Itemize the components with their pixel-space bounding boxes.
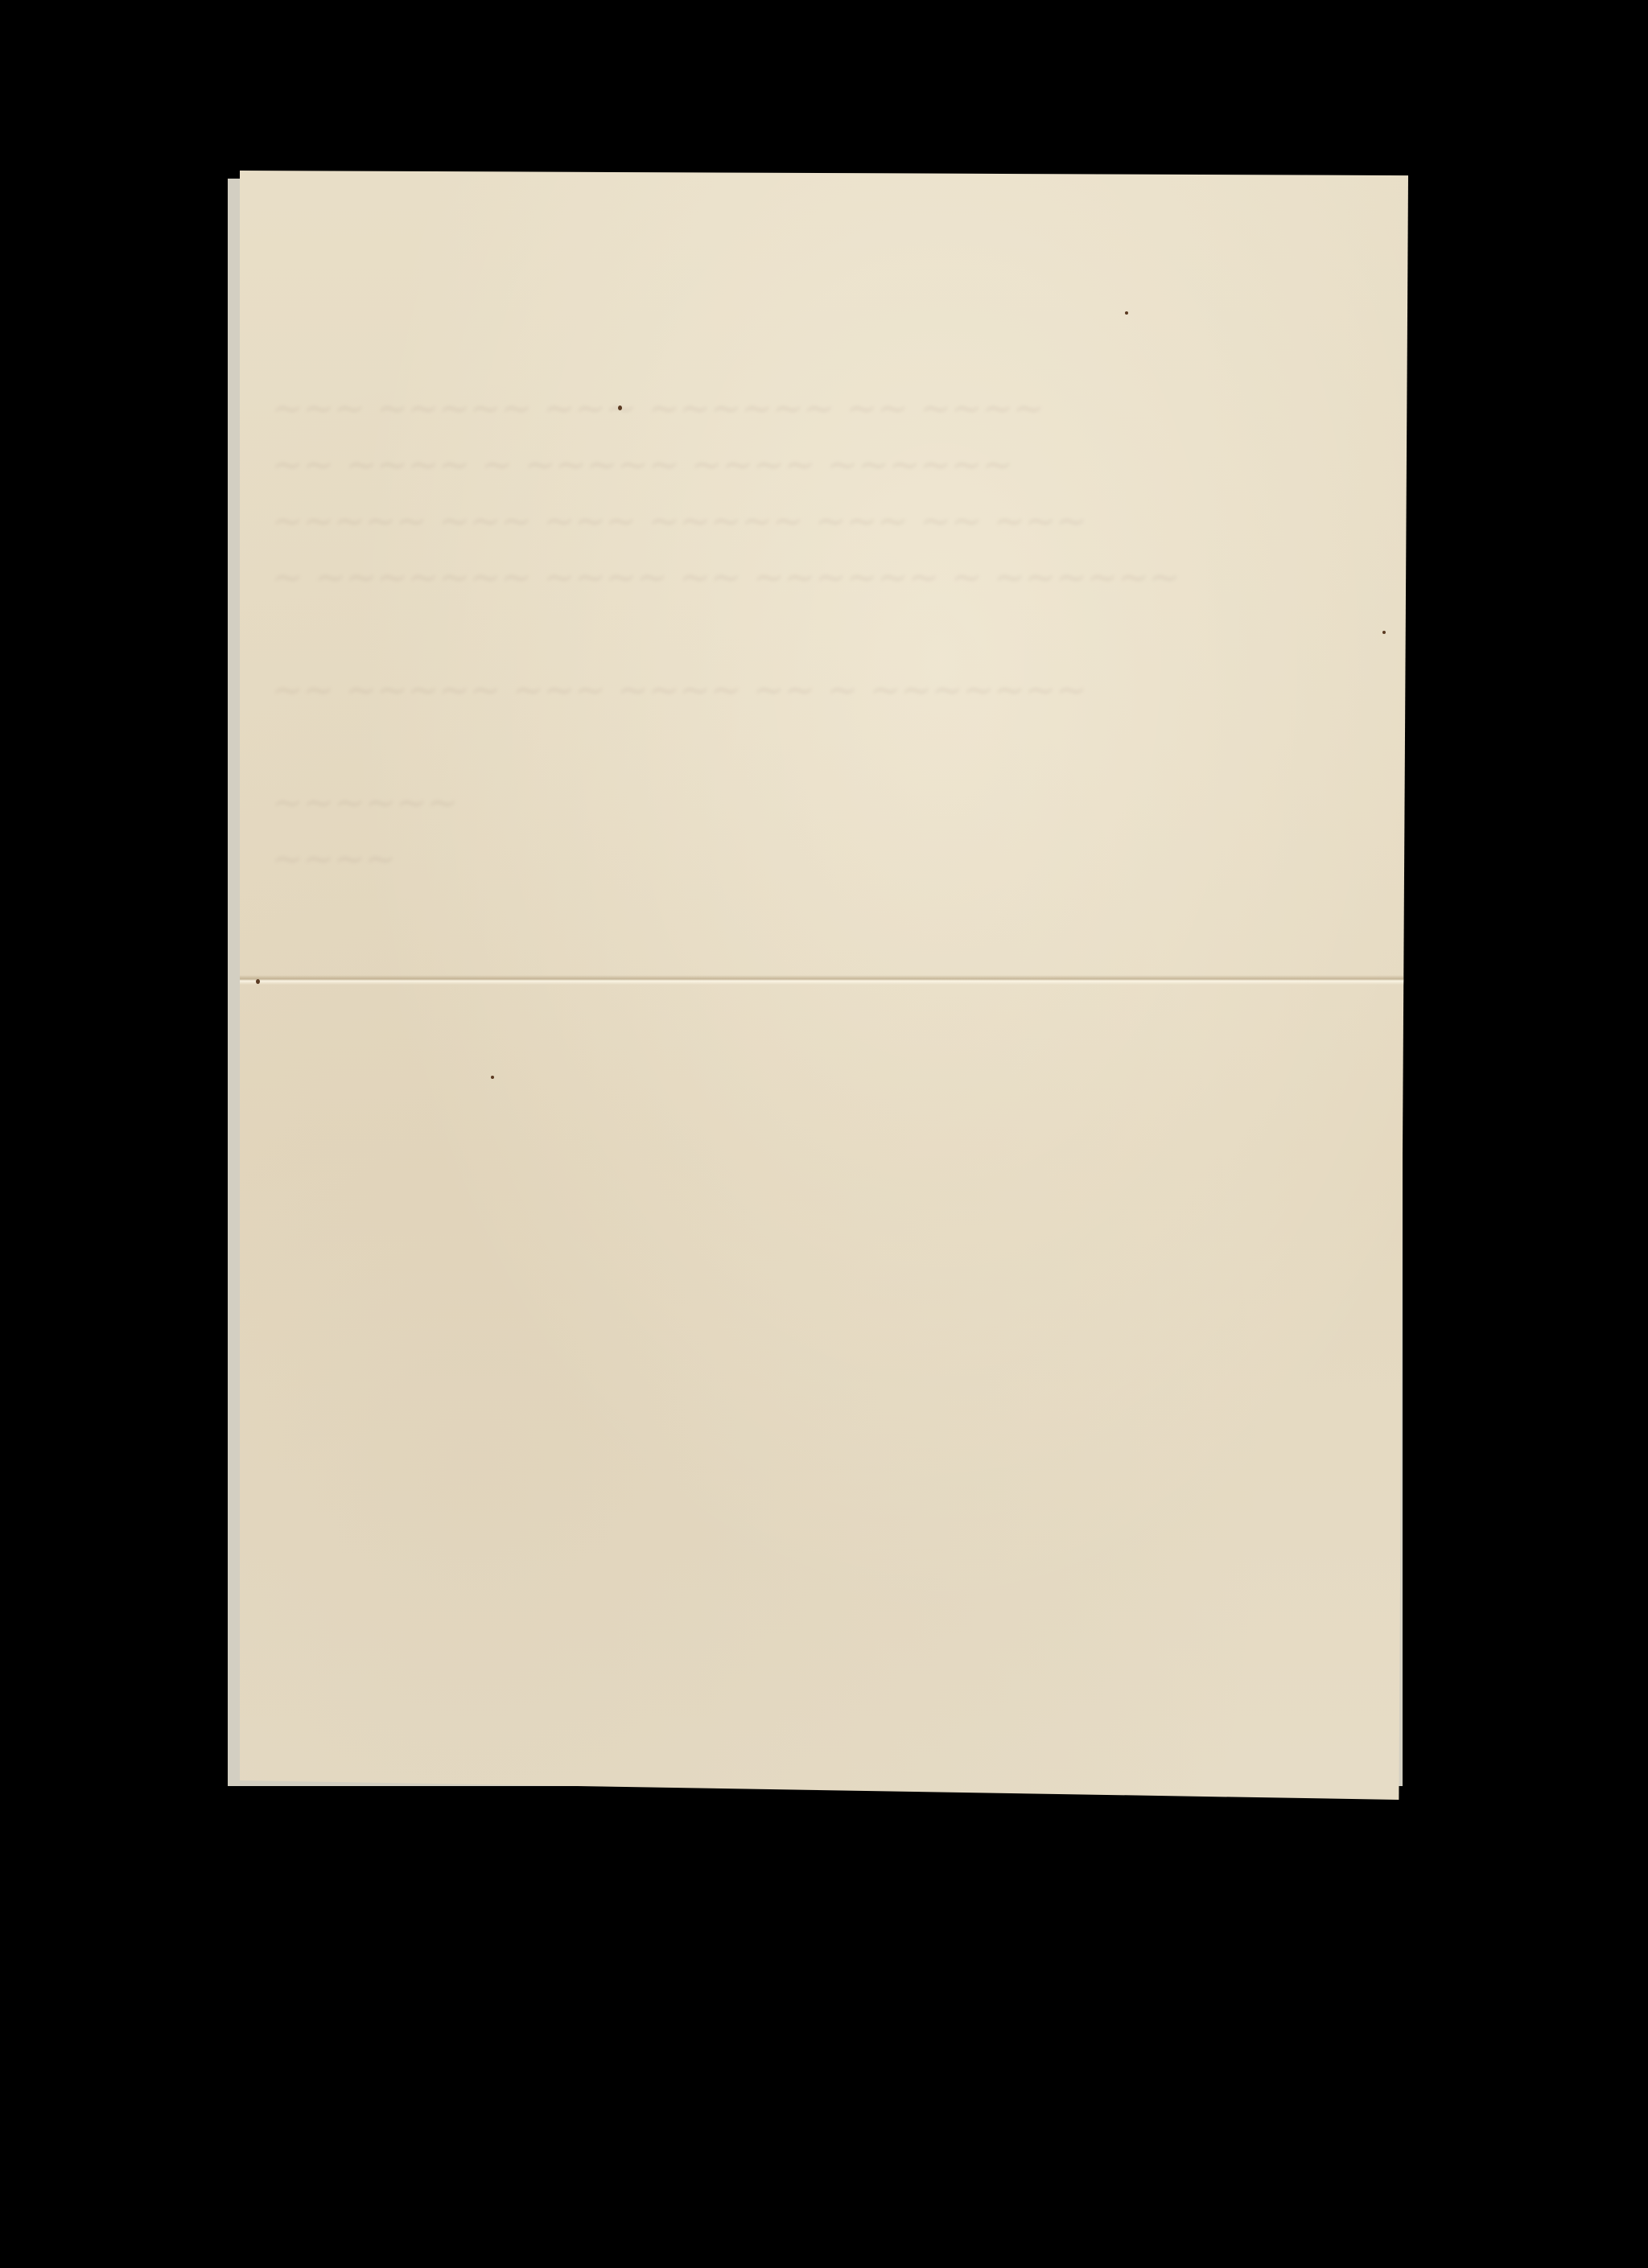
- fold-crease: [240, 975, 1408, 985]
- paper-sheet: ~~~ ~~~~~ ~~~ ~~~~~~ ~~ ~~~~ ~~ ~~~~ ~ ~…: [240, 171, 1408, 1800]
- ink-speck: [1125, 311, 1128, 315]
- ink-speck: [618, 405, 622, 410]
- ink-speck: [256, 979, 260, 984]
- bleed-through-handwriting: ~~~ ~~~~~ ~~~ ~~~~~~ ~~ ~~~~ ~~ ~~~~ ~ ~…: [272, 380, 1382, 887]
- ink-speck: [491, 1076, 494, 1079]
- ink-speck: [1382, 631, 1386, 634]
